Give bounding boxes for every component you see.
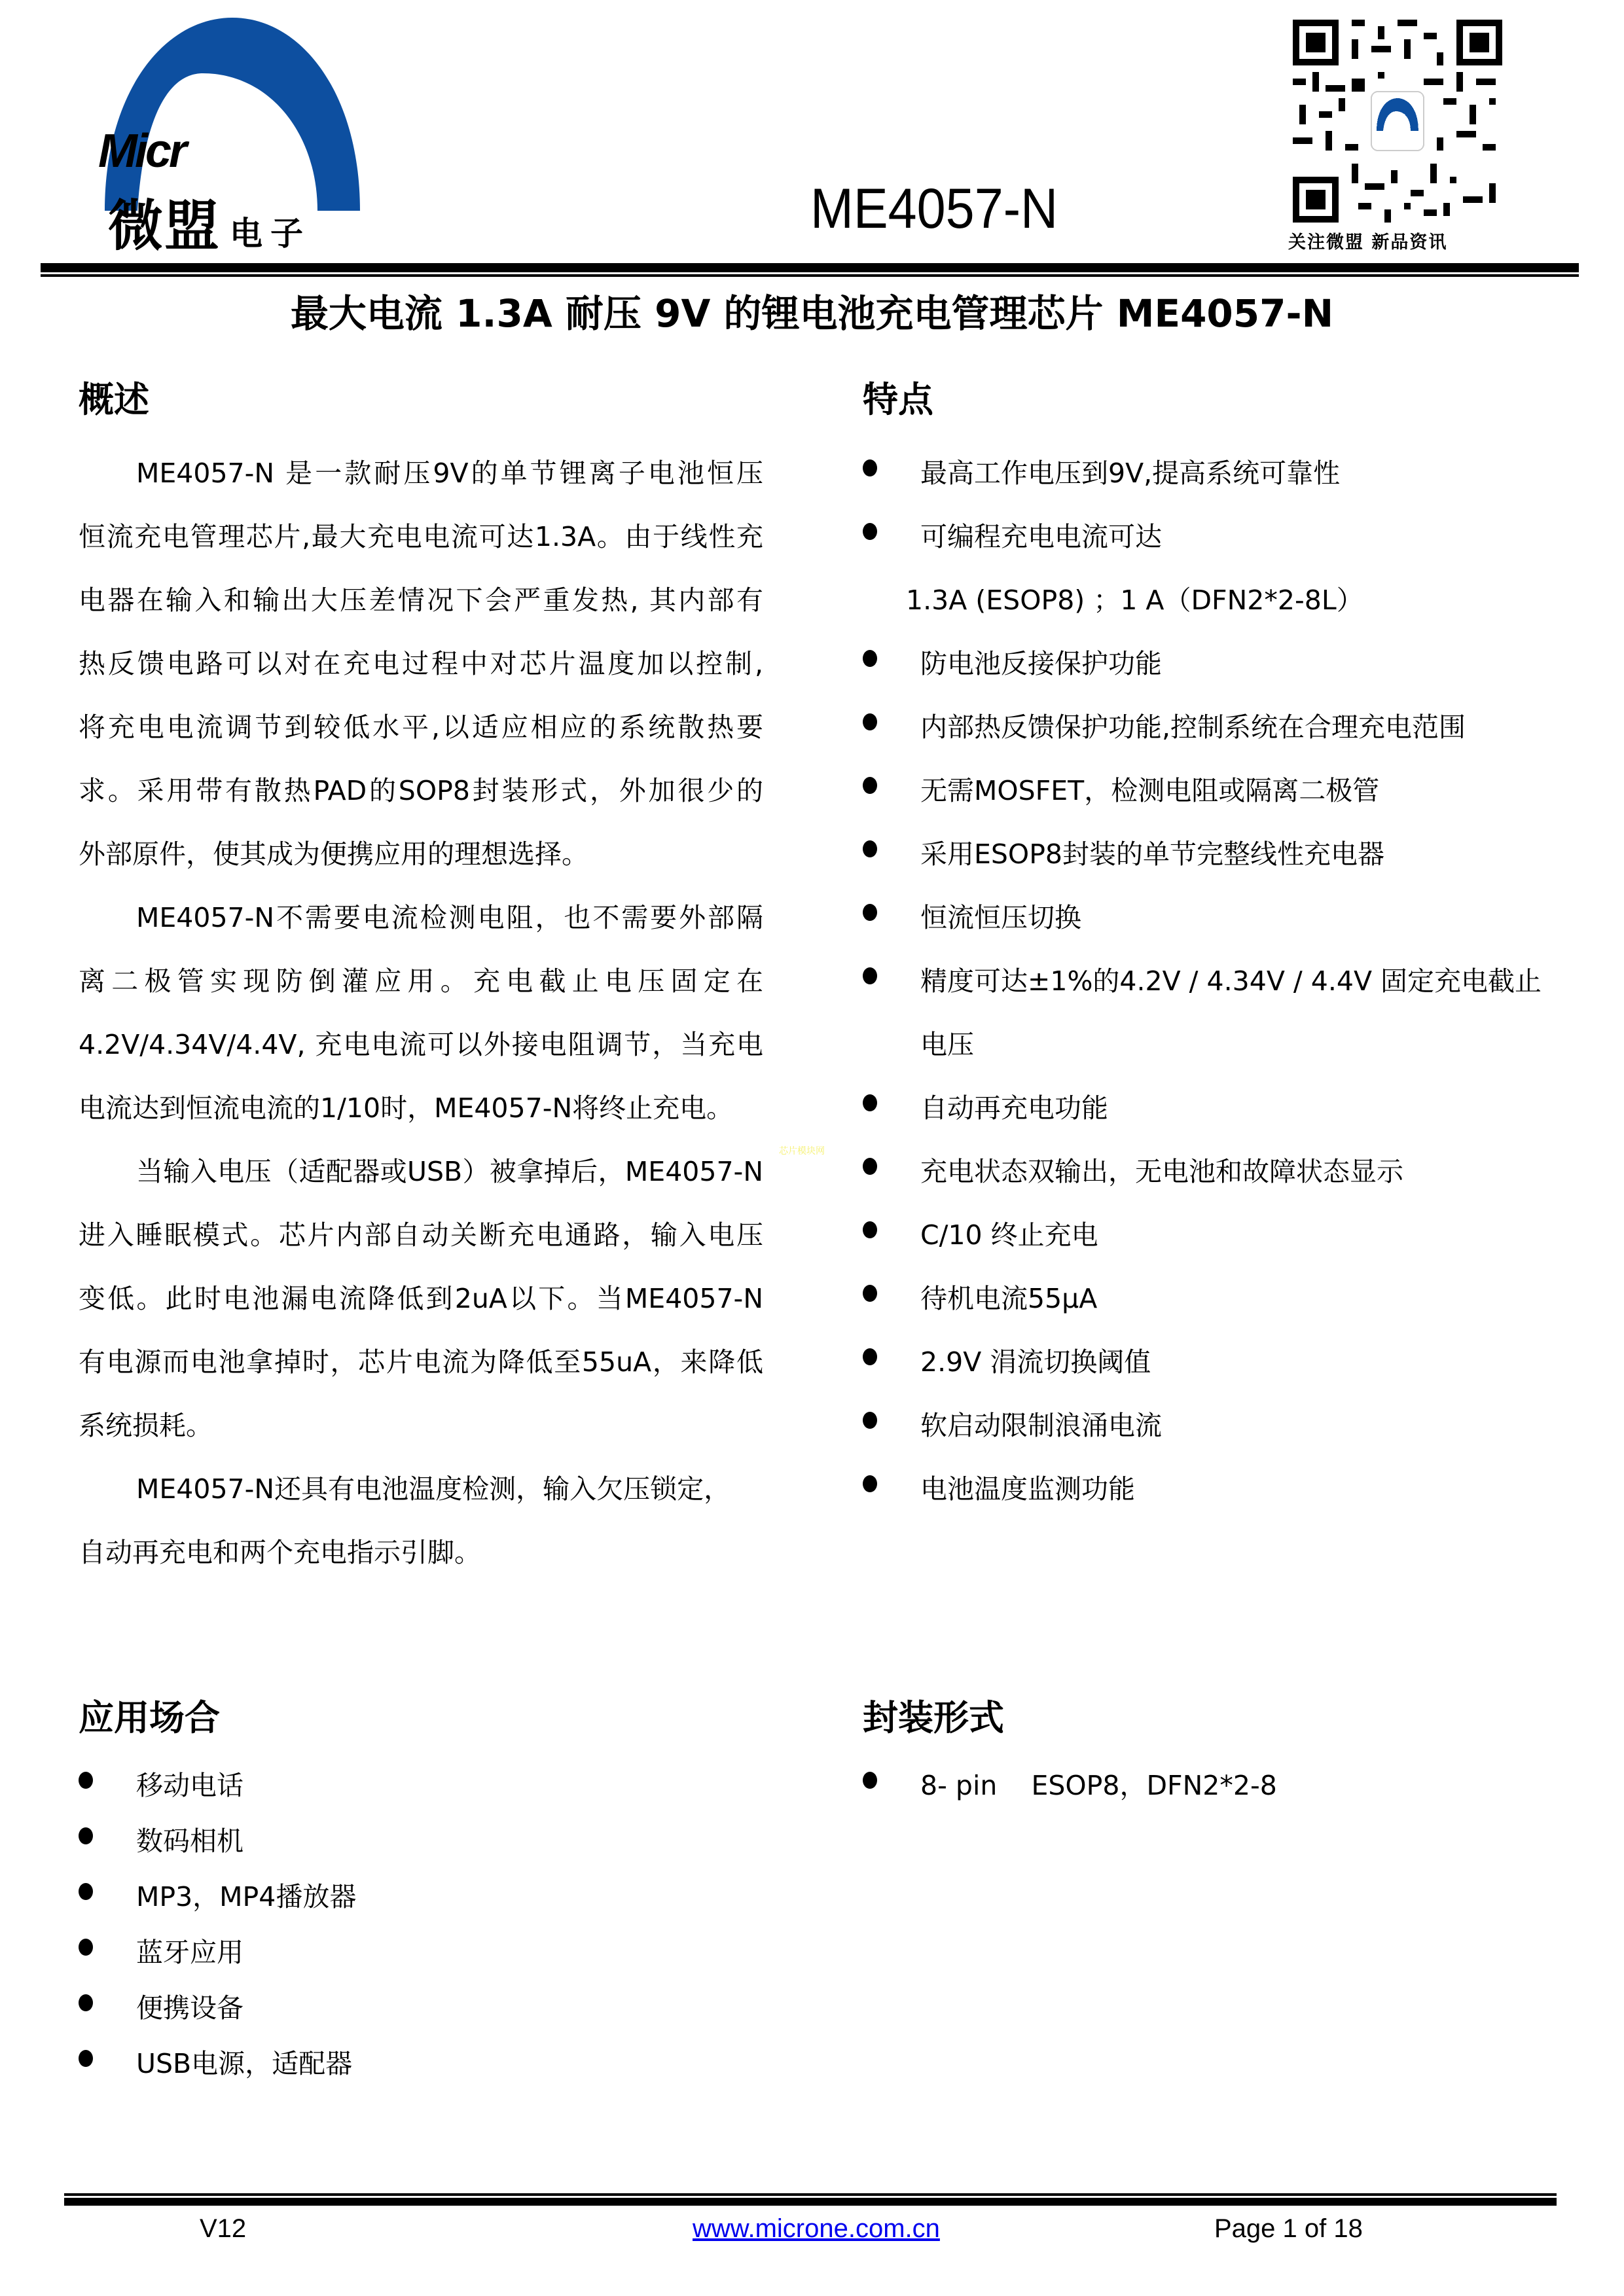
feature-continuation: 1.3A (ESOP8) ；1 A（DFN2*2-8L） <box>906 579 1363 617</box>
watermark: 芯片模块网 <box>779 1144 825 1157</box>
features-list: 最高工作电压到9V,提高系统可靠性 可编程充电电流可达 1.3A (ESOP8)… <box>863 452 1583 1564</box>
footer-page-number: Page 1 of 18 <box>1214 2214 1363 2244</box>
overview-line: 电流达到恒流电流的1/10时，ME4057-N将终止充电。 <box>79 1086 733 1125</box>
overview-line: 外部原件，使其成为便携应用的理想选择。 <box>79 833 588 871</box>
overview-line: 将充电电流调节到较低水平,以适应相应的系统散热要 <box>79 706 763 744</box>
overview-line: 电器在输入和输出大压差情况下会严重发热, 其内部有 <box>79 579 763 617</box>
feature-continuation: 电压 <box>920 1023 974 1062</box>
overview-line: ME4057-N还具有电池温度检测，输入欠压锁定， <box>136 1467 731 1506</box>
overview-line: 离二极管实现防倒灌应用。充电截止电压固定在 <box>79 960 763 998</box>
bullet-icon <box>863 840 877 857</box>
footer-version: V12 <box>200 2214 246 2244</box>
overview-line: 有电源而电池拿掉时，芯片电流为降低至55uA，来降低 <box>79 1340 763 1379</box>
bullet-icon <box>863 523 877 540</box>
overview-line: ME4057-N 是一款耐压9V的单节锂离子电池恒压 <box>136 452 763 490</box>
bullet-icon <box>79 1772 93 1789</box>
overview-heading: 概述 <box>79 372 149 422</box>
bullet-icon <box>863 1475 877 1492</box>
logo-wordmark: MicrOne <box>98 124 268 178</box>
header-rule-thin <box>41 274 1579 277</box>
footer-website-link[interactable]: www.microne.com.cn <box>693 2214 940 2244</box>
overview-line: 自动再充电和两个充电指示引脚。 <box>79 1531 481 1570</box>
overview-line: 热反馈电路可以对在充电过程中对芯片温度加以控制, <box>79 642 763 681</box>
bullet-icon <box>863 1285 877 1302</box>
overview-line: 系统损耗。 <box>79 1404 213 1443</box>
qr-code-icon <box>1293 20 1502 223</box>
bullet-icon <box>863 1412 877 1429</box>
bullet-icon <box>863 777 877 794</box>
bullet-icon <box>79 1994 93 2011</box>
overview-line: 4.2V/4.34V/4.4V, 充电电流可以外接电阻调节，当充电 <box>79 1023 763 1062</box>
header-rule-thick <box>41 263 1579 272</box>
qr-caption: 关注微盟 新品资讯 <box>1288 228 1447 253</box>
bullet-icon <box>863 713 877 730</box>
bullet-icon <box>79 1827 93 1844</box>
footer-rule-thick <box>64 2198 1557 2206</box>
bullet-icon <box>863 650 877 667</box>
bullet-icon <box>863 904 877 921</box>
overview-line: 进入睡眠模式。芯片内部自动关断充电通路，输入电压 <box>79 1213 763 1252</box>
overview-line: 求。采用带有散热PAD的SOP8封装形式，外加很少的 <box>79 769 763 808</box>
bullet-icon <box>79 1939 93 1956</box>
bullet-icon <box>863 967 877 984</box>
bullet-icon <box>863 459 877 476</box>
packages-list: 8- pin ESOP8，DFN2*2-8 <box>863 1764 1517 1816</box>
overview-line: 变低。此时电池漏电流降低到2uA以下。当ME4057-N <box>79 1277 763 1316</box>
bullet-icon <box>863 1158 877 1175</box>
bullet-icon <box>863 1094 877 1111</box>
footer-rule-thin <box>64 2193 1557 2196</box>
model-number: ME4057-N <box>810 177 1058 242</box>
bullet-icon <box>79 2050 93 2067</box>
qr-code <box>1293 20 1502 226</box>
bullet-icon <box>863 1772 877 1789</box>
applications-list: 移动电话 数码相机 MP3，MP4播放器 蓝牙应用 便携设备 USB电源，适配器 <box>79 1764 733 2157</box>
overview-line: 当输入电压（适配器或USB）被拿掉后，ME4057-N <box>136 1150 763 1189</box>
document-title: 最大电流 1.3A 耐压 9V 的锂电池充电管理芯片 ME4057-N <box>0 283 1624 338</box>
overview-line: 恒流充电管理芯片,最大充电电流可达1.3A。由于线性充 <box>79 515 763 554</box>
bullet-icon <box>863 1221 877 1238</box>
bullet-icon <box>863 1348 877 1365</box>
packages-heading: 封装形式 <box>863 1690 1004 1740</box>
logo-chinese-name: 微盟电子 <box>108 182 311 261</box>
features-heading: 特点 <box>863 372 933 422</box>
applications-heading: 应用场合 <box>79 1690 220 1740</box>
overview-line: ME4057-N不需要电流检测电阻，也不需要外部隔 <box>136 896 763 935</box>
bullet-icon <box>79 1883 93 1900</box>
